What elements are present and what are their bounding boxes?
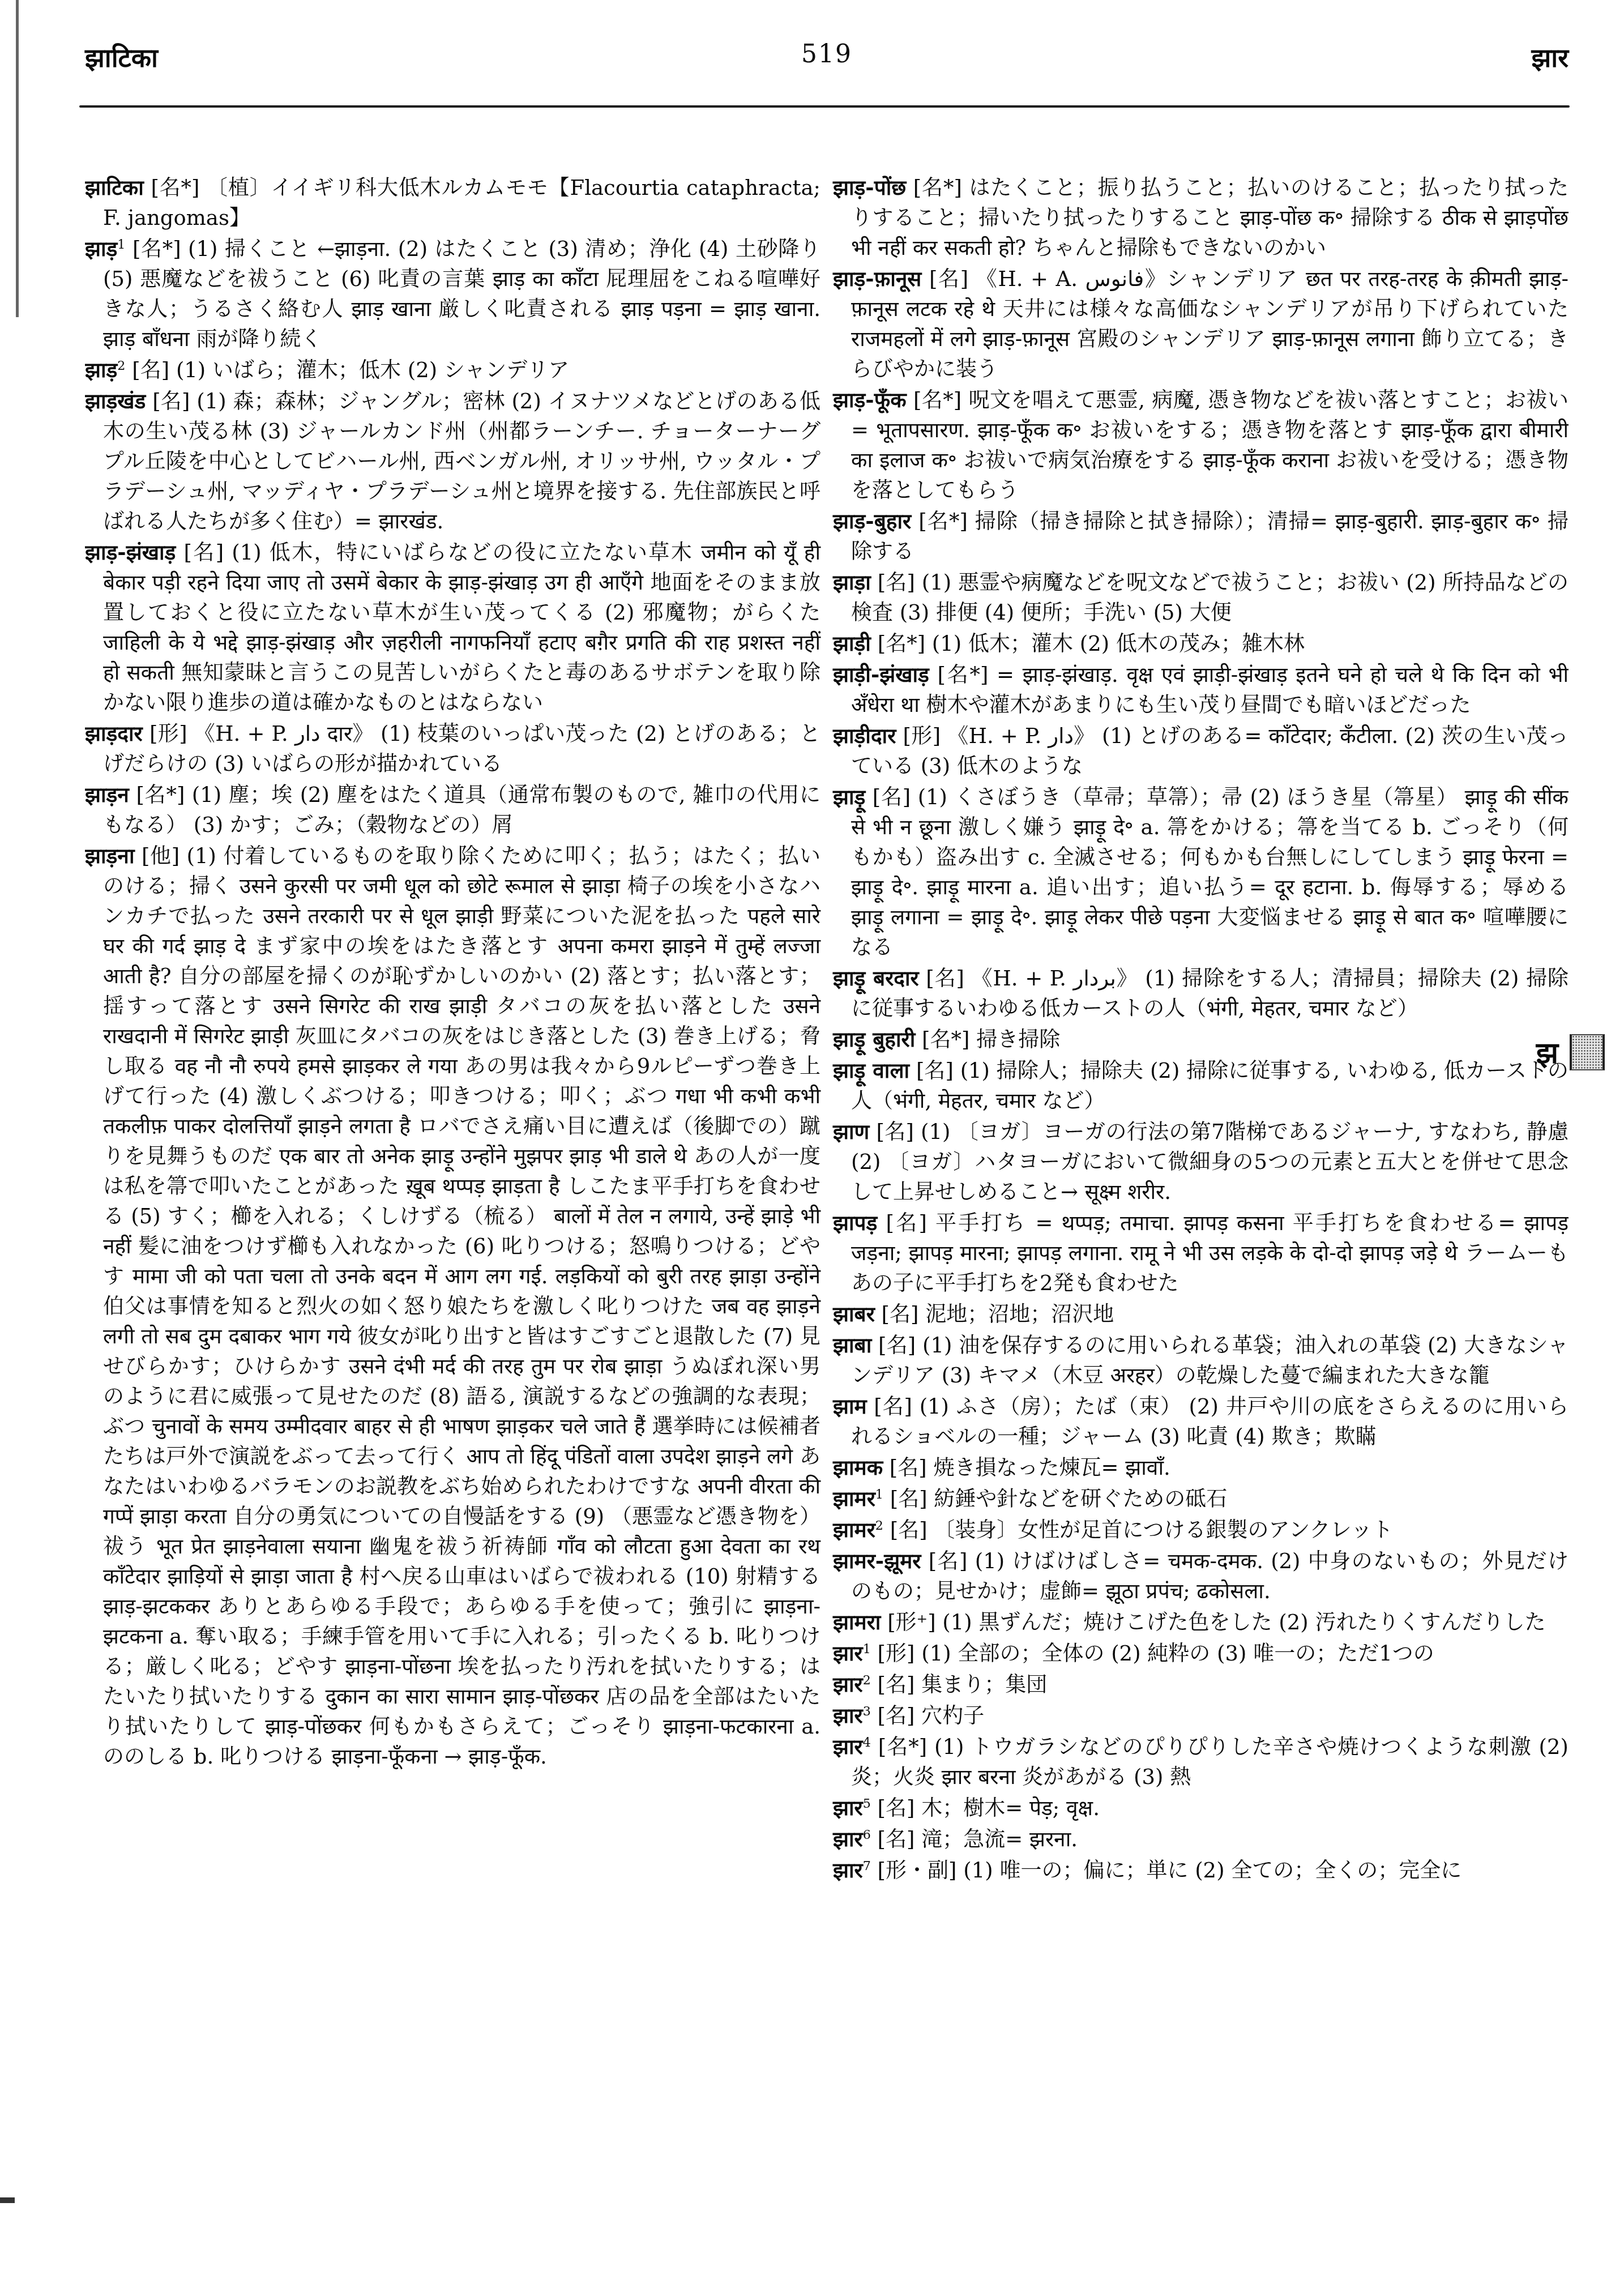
entry-body: 滝；急流= झरना. (921, 1827, 1078, 1851)
part-of-speech-label: [名*] (915, 1027, 976, 1052)
entry-headword: झाड़ (85, 357, 117, 382)
dictionary-entry: झार3 [名] 穴杓子 (833, 1701, 1569, 1731)
entry-headword: झाड़ू बरदार (833, 966, 919, 991)
dictionary-entry: झाड़-फ़ानूस [名] 《H. + A. فانوس》シャンデリア छत… (833, 264, 1569, 384)
dictionary-entry: झामर1 [名] 紡錘や針などを研ぐための砥石 (833, 1484, 1569, 1514)
headword-superscript: 1 (875, 1487, 883, 1502)
part-of-speech-label: [形] (896, 724, 947, 748)
entry-body: (1) 唯一の；偏に；単に (2) 全ての；全くの；完全に (963, 1858, 1461, 1883)
dictionary-entry: झाड़ी [名*] (1) 低木；灌木 (2) 低木の茂み；雑木林 (833, 629, 1569, 659)
part-of-speech-label: [名] (871, 1827, 921, 1851)
thumb-index-letter: झ (1536, 1032, 1558, 1072)
entry-headword: झाड़ू (833, 784, 865, 809)
part-of-speech-label: [名*] (871, 1735, 934, 1759)
part-of-speech-label: [名] (869, 1120, 921, 1144)
part-of-speech-label: [名*] (871, 631, 932, 656)
thumb-index-tab: झ (1536, 1032, 1605, 1072)
thumb-index-box-icon (1570, 1034, 1605, 1070)
dictionary-page: झाटिका 519 झार झाटिका [名*] 〔植〕イイギリ科大低木ルカ… (0, 0, 1624, 2292)
entry-headword: झाड़ी-झंखाड़ (833, 662, 929, 687)
part-of-speech-label: [名] (875, 1302, 925, 1326)
part-of-speech-label: [名*] (144, 176, 207, 200)
page-header: झाटिका 519 झार (85, 40, 1569, 75)
part-of-speech-label: [名] (865, 785, 917, 809)
dictionary-entry: झाड़-पोंछ [名*] はたくこと；振り払うこと；払いのけること；払ったり… (833, 173, 1569, 263)
headword-superscript: 4 (863, 1735, 871, 1750)
dictionary-entry: झार5 [名] 木；樹木= पेड़; वृक्ष. (833, 1793, 1569, 1823)
scan-artifact-bottom-left (0, 2197, 15, 2203)
dictionary-entry: झामरा [形⁺] (1) 黒ずんだ；焼けこげた色をした (2) 汚れたりくす… (833, 1607, 1569, 1637)
part-of-speech-label: [名] (871, 1672, 921, 1697)
dictionary-entry: झाड़-फूँक [名*] 呪文を唱えて悪霊, 病魔, 憑き物などを祓い落とす… (833, 385, 1569, 505)
entry-headword: झाड़ू वाला (833, 1058, 909, 1083)
entry-headword: झाड़ा (833, 570, 871, 595)
entry-body: (1) くさぼうき（草帚；草箒）；帚 (2) ほうき星（箒星） झाड़ू की… (851, 785, 1569, 959)
entry-body: 集まり；集団 (921, 1672, 1047, 1697)
part-of-speech-label: [名*] (129, 783, 192, 807)
part-of-speech-label: [名] (871, 1704, 921, 1728)
entry-body: (1) 悪霊や病魔などを呪文などで祓うこと；お祓い (2) 所持品などの検査 (… (851, 570, 1569, 625)
entry-headword: झाड़दार (85, 721, 143, 746)
entry-headword: झामर-झूमर (833, 1548, 921, 1573)
dictionary-entry: झाड़ू [名] (1) くさぼうき（草帚；草箒）；帚 (2) ほうき星（箒星… (833, 782, 1569, 962)
dictionary-entry: झामर-झूमर [名] (1) けばけばしさ= चमक-दमक. (2) 中… (833, 1546, 1569, 1606)
entry-headword: झाड़ना (85, 843, 134, 868)
entry-body: (1) いばら；灌木；低木 (2) シャンデリア (176, 358, 569, 382)
entry-headword: झार (833, 1703, 863, 1728)
entry-body: 平手打ち = थप्पड़; तमाचा. झापड़ कसना 平手打ちを食わ… (851, 1211, 1569, 1295)
dictionary-entry: झाड़ी-झंखाड़ [名*] = झाड़-झंखाड़. वृक्ष ए… (833, 660, 1569, 720)
dictionary-entry: झामर2 [名] 〔装身〕女性が足首につける銀製のアンクレット (833, 1515, 1569, 1545)
entry-headword: झापड़ (833, 1210, 877, 1235)
dictionary-entry: झाड़-झंखाड़ [名] (1) 低木，特にいばらなどの役に立たない草木 … (85, 537, 820, 718)
entry-headword: झामर (833, 1517, 875, 1542)
entry-headword: झाड़-झंखाड़ (85, 540, 176, 565)
entry-headword: झाड़ी (833, 631, 871, 656)
dictionary-entry: झाबा [名] (1) 油を保存するのに用いられる革袋；油入れの革袋 (2) … (833, 1330, 1569, 1390)
entry-headword: झाड़ीदार (833, 723, 896, 748)
entry-body: (1) 付着しているものを取り除くために叩く；払う；はたく；払いのける；掃く उ… (103, 844, 820, 1769)
dictionary-entry: झाड़ू वाला [名] (1) 掃除人；掃除夫 (2) 掃除に従事する, … (833, 1056, 1569, 1116)
entry-body: (1) 油を保存するのに用いられる革袋；油入れの革袋 (2) 大きなシャンデリア… (851, 1333, 1569, 1388)
entry-headword: झाण (833, 1119, 869, 1144)
part-of-speech-label: [名] (871, 570, 922, 595)
dictionary-entry: झाड़न [名*] (1) 塵；埃 (2) 塵をはたく道具（通常布製のもので,… (85, 780, 820, 840)
running-head-right: झार (1531, 40, 1569, 75)
entry-headword: झाड़खंड (85, 389, 146, 413)
entry-body: (1) 〔ヨガ〕ヨーガの行法の第7階梯であるジャーナ, すなわち, 静慮 (2)… (851, 1120, 1569, 1204)
entry-body: (1) 森；森林；ジャングル；密林 (2) イヌナツメなどとげのある低木の生い茂… (103, 389, 820, 533)
dictionary-entry: झाबर [名] 泥地；沼地；沼沢地 (833, 1299, 1569, 1329)
entry-headword: झार (833, 1672, 863, 1697)
entry-body: 〔装身〕女性が足首につける銀製のアンクレット (934, 1518, 1393, 1542)
entry-headword: झार (833, 1795, 863, 1820)
dictionary-entry: झार4 [名*] (1) トウガラシなどのぴりぴりした辛さや焼けつくような刺激… (833, 1732, 1569, 1792)
entry-headword: झाड़-फ़ानूस (833, 266, 921, 291)
entry-body: 紡錘や針などを研ぐための砥石 (934, 1487, 1227, 1511)
dictionary-entry: झार7 [形・副] (1) 唯一の；偏に；単に (2) 全ての；全くの；完全に (833, 1855, 1569, 1885)
dictionary-entry: झामक [名] 焼き損なった煉瓦= झावाँ. (833, 1453, 1569, 1483)
dictionary-entry: झाटिका [名*] 〔植〕イイギリ科大低木ルカムモモ【Flacourtia … (85, 173, 820, 233)
headword-superscript: 1 (863, 1642, 871, 1657)
part-of-speech-label: [名] (909, 1058, 960, 1083)
entry-body: 泥地；沼地；沼沢地 (925, 1302, 1114, 1326)
entry-headword: झार (833, 1858, 863, 1883)
entry-headword: झाड़ू बुहारी (833, 1027, 915, 1052)
part-of-speech-label: [形] (143, 722, 194, 746)
entry-body: (1) 全部の；全体の (2) 純粋の (3) 唯一の；ただ1つの (921, 1641, 1434, 1666)
entry-body: 木；樹木= पेड़; वृक्ष. (921, 1796, 1100, 1820)
part-of-speech-label: [名] (871, 1333, 922, 1358)
header-rule (79, 105, 1570, 108)
entry-body: (1) ふさ（房）；たば（束） (2) 井戸や川の底をさらえるのに用いられるショ… (851, 1394, 1569, 1449)
entry-body: 掃き掃除 (976, 1027, 1060, 1052)
part-of-speech-label: [名] (919, 966, 972, 991)
entry-body: 《H. + P. دار दार》 (1) 枝葉のいっぱい茂った (2) とげの… (103, 722, 820, 776)
part-of-speech-label: [名] (871, 1796, 921, 1820)
part-of-speech-label: [名] (867, 1394, 920, 1419)
left-column: झाटिका [名*] 〔植〕イイギリ科大低木ルカムモモ【Flacourtia … (85, 173, 820, 2246)
dictionary-entry: झाड़ा [名] (1) 悪霊や病魔などを呪文などで祓うこと；お祓い (2) … (833, 567, 1569, 628)
entry-headword: झामरा (833, 1610, 881, 1634)
dictionary-entry: झाड़ीदार [形] 《H. + P. دار》 (1) とげのある= का… (833, 721, 1569, 781)
part-of-speech-label: [名] (146, 389, 196, 413)
headword-superscript: 7 (863, 1859, 871, 1873)
part-of-speech-label: [名*] (929, 663, 997, 687)
part-of-speech-label: [形・副] (871, 1858, 963, 1883)
headword-superscript: 1 (117, 237, 125, 252)
headword-superscript: 2 (117, 358, 125, 373)
part-of-speech-label: [名*] (125, 237, 188, 261)
part-of-speech-label: [名] (877, 1211, 935, 1235)
part-of-speech-label: [名] (883, 1456, 933, 1480)
part-of-speech-label: [名] (921, 267, 976, 291)
dictionary-entry: झाड़ना [他] (1) 付着しているものを取り除くために叩く；払う；はたく… (85, 841, 820, 1772)
page-number: 519 (801, 40, 852, 69)
dictionary-entry: झाड़-बुहार [名*] 掃除（掃き掃除と拭き掃除）；清掃= झाड़-ब… (833, 506, 1569, 566)
dictionary-entry: झार6 [名] 滝；急流= झरना. (833, 1824, 1569, 1854)
dictionary-entry: झार2 [名] 集まり；集団 (833, 1670, 1569, 1700)
part-of-speech-label: [名*] (911, 509, 975, 533)
entry-body: 〔植〕イイギリ科大低木ルカムモモ【Flacourtia cataphracta;… (103, 176, 820, 230)
scan-artifact-left-edge (16, 0, 19, 317)
entry-headword: झार (833, 1641, 863, 1666)
part-of-speech-label: [他] (134, 844, 186, 868)
entry-headword: झार (833, 1734, 863, 1759)
part-of-speech-label: [名] (883, 1487, 934, 1511)
entry-headword: झाड़ (85, 236, 117, 261)
entry-body: 《H. + P. دار》 (1) とげのある= काँटेदार; कँटील… (851, 724, 1569, 778)
part-of-speech-label: [形⁺] (881, 1610, 942, 1634)
dictionary-entry: झाड़दार [形] 《H. + P. دار दार》 (1) 枝葉のいっぱ… (85, 719, 820, 779)
part-of-speech-label: [名] (125, 358, 176, 382)
dictionary-entry: झापड़ [名] 平手打ち = थप्पड़; तमाचा. झापड़ कस… (833, 1208, 1569, 1298)
entry-body: (1) 黒ずんだ；焼けこげた色をした (2) 汚れたりくすんだりした (942, 1610, 1545, 1634)
dictionary-entry: झाड़ू बरदार [名] 《H. + P. بردار》 (1) 掃除をす… (833, 963, 1569, 1023)
right-column: झाड़-पोंछ [名*] はたくこと；振り払うこと；払いのけること；払ったり… (833, 173, 1569, 2246)
entry-headword: झाड़-बुहार (833, 509, 911, 533)
entry-body: (1) トウガラシなどのぴりぴりした辛さや焼けつくような刺激 (2) 炎；火炎 … (851, 1735, 1569, 1789)
entry-headword: झाबर (833, 1301, 875, 1326)
dictionary-entry: झाण [名] (1) 〔ヨガ〕ヨーガの行法の第7階梯であるジャーナ, すなわち… (833, 1117, 1569, 1207)
part-of-speech-label: [名*] (906, 176, 969, 200)
dictionary-entry: झाड़2 [名] (1) いばら；灌木；低木 (2) シャンデリア (85, 355, 820, 385)
entry-headword: झार (833, 1826, 863, 1851)
headword-superscript: 2 (875, 1518, 883, 1533)
entry-body: (1) 塵；埃 (2) 塵をはたく道具（通常布製のもので, 雑巾の代用にもなる）… (103, 783, 820, 837)
entry-headword: झाबा (833, 1333, 871, 1358)
part-of-speech-label: [名*] (907, 388, 969, 412)
running-head-left: झाटिका (85, 40, 158, 75)
headword-superscript: 6 (863, 1828, 871, 1842)
part-of-speech-label: [名] (883, 1518, 934, 1542)
dictionary-entry: झाड़ू बुहारी [名*] 掃き掃除 (833, 1025, 1569, 1055)
dictionary-entry: झाड़1 [名*] (1) 掃くこと ←झाड़ना. (2) はたくこと (… (85, 234, 820, 354)
entry-body: (1) 掃くこと ←झाड़ना. (2) はたくこと (3) 清め；浄化 (4… (103, 237, 820, 351)
dictionary-entry: झार1 [形] (1) 全部の；全体の (2) 純粋の (3) 唯一の；ただ1… (833, 1638, 1569, 1668)
headword-superscript: 5 (863, 1796, 871, 1811)
entry-headword: झाड़न (85, 782, 129, 807)
entry-headword: झाड़-फूँक (833, 387, 907, 412)
entry-headword: झामक (833, 1455, 883, 1480)
entry-body: (1) 低木，特にいばらなどの役に立たない草木 जमीन को यूँ ही ब… (103, 540, 820, 715)
entry-body: (1) 低木；灌木 (2) 低木の茂み；雑木林 (932, 631, 1305, 656)
entry-headword: झाटिका (85, 175, 144, 200)
entry-headword: झाड़-पोंछ (833, 175, 906, 200)
headword-superscript: 3 (863, 1704, 871, 1719)
dictionary-entry: झाम [名] (1) ふさ（房）；たば（束） (2) 井戸や川の底をさらえるの… (833, 1392, 1569, 1452)
headword-superscript: 2 (863, 1673, 871, 1688)
dictionary-entry: झाड़खंड [名] (1) 森；森林；ジャングル；密林 (2) イヌナツメな… (85, 386, 820, 536)
entry-body: 穴杓子 (921, 1704, 984, 1728)
part-of-speech-label: [形] (871, 1641, 921, 1666)
entry-body: 焼き損なった煉瓦= झावाँ. (934, 1456, 1170, 1480)
entry-headword: झाम (833, 1394, 867, 1419)
entry-headword: झामर (833, 1486, 875, 1511)
text-columns: झाटिका [名*] 〔植〕イイギリ科大低木ルカムモモ【Flacourtia … (85, 173, 1569, 2246)
part-of-speech-label: [名] (921, 1549, 975, 1573)
part-of-speech-label: [名] (176, 540, 232, 565)
